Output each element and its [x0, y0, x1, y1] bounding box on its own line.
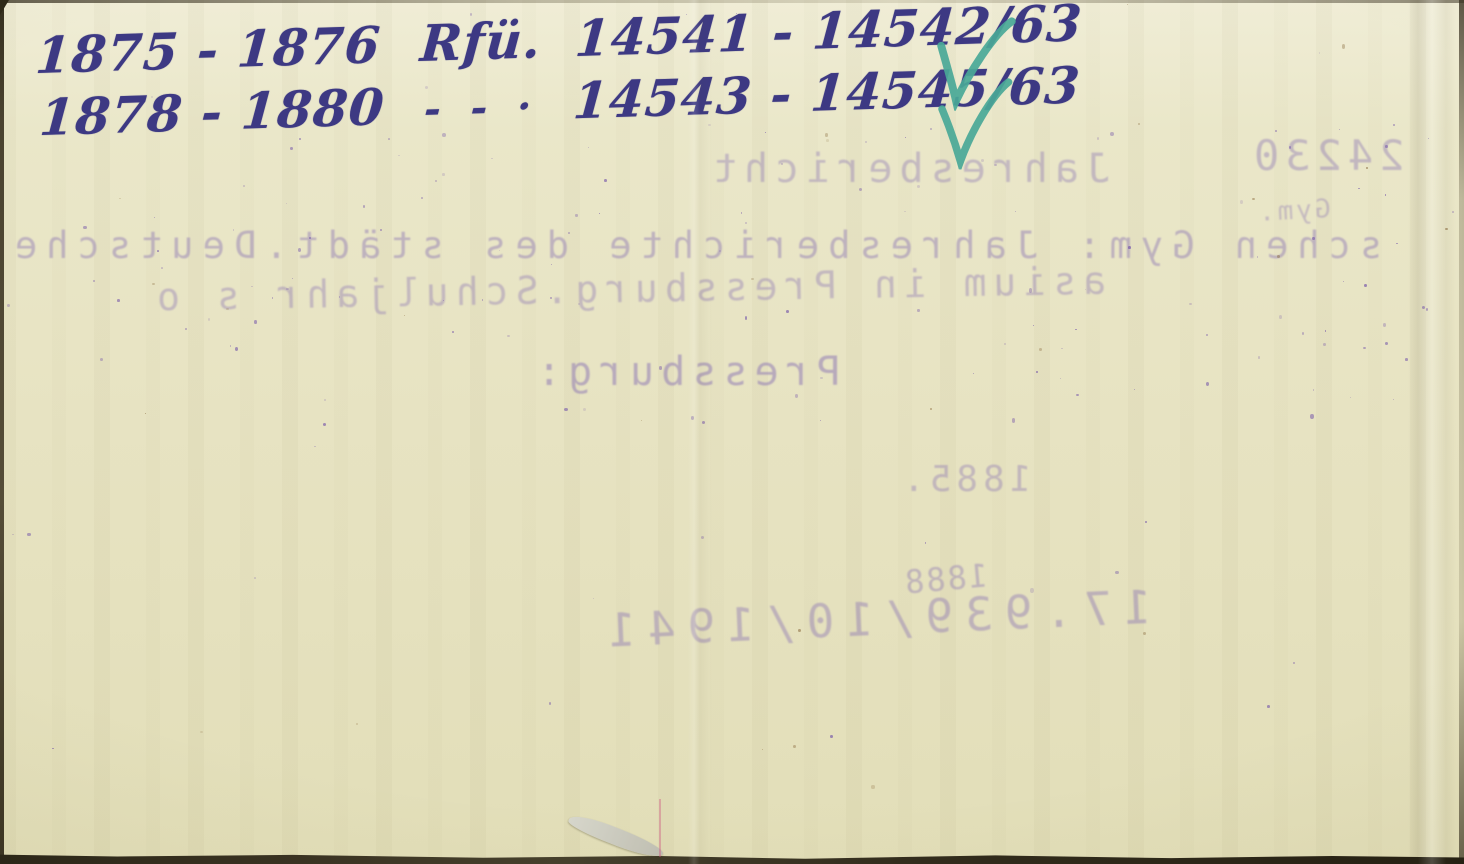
series-label: Rfü.	[418, 10, 543, 73]
ghost-line-asium: asium in Pressburg.Schuljahr s o	[150, 259, 1107, 320]
paper-edge-right	[1459, 0, 1464, 864]
ghost-title-word: Jahresbericht	[706, 146, 1110, 192]
paper-edge-bottom	[0, 851, 1464, 864]
scanned-index-card: 24230 Jahresbericht Gym. schen Gym: Jahr…	[0, 0, 1464, 864]
paper-edge-left	[0, 0, 4, 864]
ghost-place: Pressburg:	[530, 349, 841, 395]
ditto-mark: - - ·	[423, 82, 541, 133]
ruled-pink-line	[659, 799, 661, 857]
ghost-file-number: 17.939/10/1941	[595, 580, 1153, 658]
ghost-line-schen: schen Gym: Jahresberichte des städt.Deut…	[6, 224, 1382, 267]
checkmark-icon	[921, 71, 1019, 173]
paper-edge-top	[0, 0, 1464, 3]
ghost-year-1885: 1885.	[898, 459, 1031, 500]
year-range: 1875 - 1876	[34, 15, 383, 85]
paper-chip-tear	[566, 811, 665, 863]
ghost-gym-abbrev: Gym.	[1255, 194, 1331, 228]
year-range: 1878 - 1880	[38, 77, 387, 147]
ghost-registry-number: 24230	[1248, 131, 1404, 180]
